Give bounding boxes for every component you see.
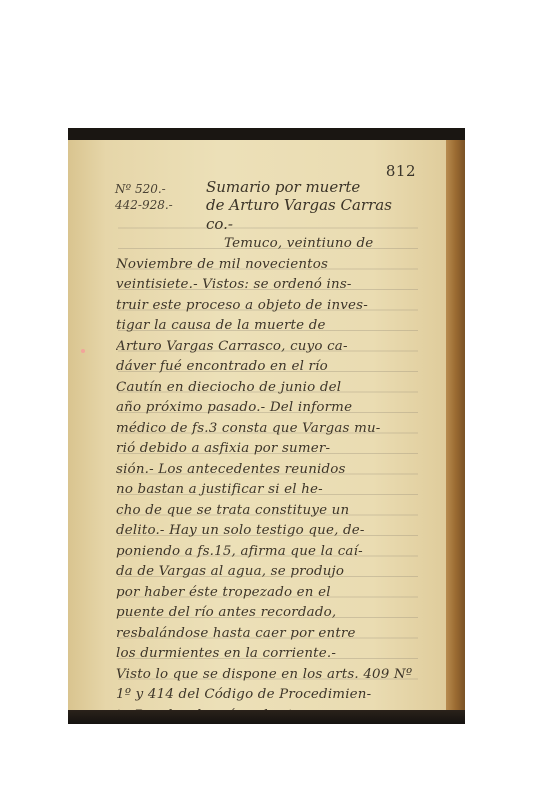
text-line: cho de que se trata constituye un [116,501,416,522]
text-line: rió debido a asfixia por sumer- [116,439,416,460]
text-line: Cautín en dieciocho de junio del [116,378,416,399]
text-line: los durmientes en la corriente.- [116,644,416,665]
text-line: no bastan a justificar si el he- [116,480,416,501]
text-line: sión.- Los antecedentes reunidos [116,460,416,481]
scan-artifact-dot [81,349,85,353]
case-title-line: de Arturo Vargas Carras [206,196,392,214]
paper-sheet: 812 Nº 520.- 442-928.- Sumario por muert… [68,140,448,712]
text-line: Temuco, veintiuno de [116,234,416,255]
text-line: puente del río antes recordado, [116,603,416,624]
case-title-line: Sumario por muerte [206,178,360,196]
text-line: tigar la causa de la muerte de [116,316,416,337]
text-line: por haber éste tropezado en el [116,583,416,604]
scan-bottom-border [68,710,465,724]
text-line: médico de fs.3 consta que Vargas mu- [116,419,416,440]
text-line: truir este proceso a objeto de inves- [116,296,416,317]
case-number: Nº 520.- [115,182,166,196]
handwritten-body: Temuco, veintiuno de Noviembre de mil no… [116,234,416,724]
text-line: resbalándose hasta caer por entre [116,624,416,645]
text-line: dáver fué encontrado en el río [116,357,416,378]
text-line: veintisiete.- Vistos: se ordenó ins- [116,275,416,296]
text-line: Arturo Vargas Carrasco, cuyo ca- [116,337,416,358]
page-number: 812 [386,162,416,180]
book-page-edge [446,140,465,712]
text-line: año próximo pasado.- Del informe [116,398,416,419]
text-line: Visto lo que se dispone en los arts. 409… [116,665,416,686]
text-line: poniendo a fs.15, afirma que la caí- [116,542,416,563]
text-line: 1º y 414 del Código de Procedimien- [116,685,416,706]
scanned-ledger-page: 812 Nº 520.- 442-928.- Sumario por muert… [68,128,465,724]
text-line: Noviembre de mil novecientos [116,255,416,276]
case-title-line: co.- [206,215,233,233]
text-line: da de Vargas al agua, se produjo [116,562,416,583]
text-line: delito.- Hay un solo testigo que, de- [116,521,416,542]
case-reference: 442-928.- [115,198,173,212]
